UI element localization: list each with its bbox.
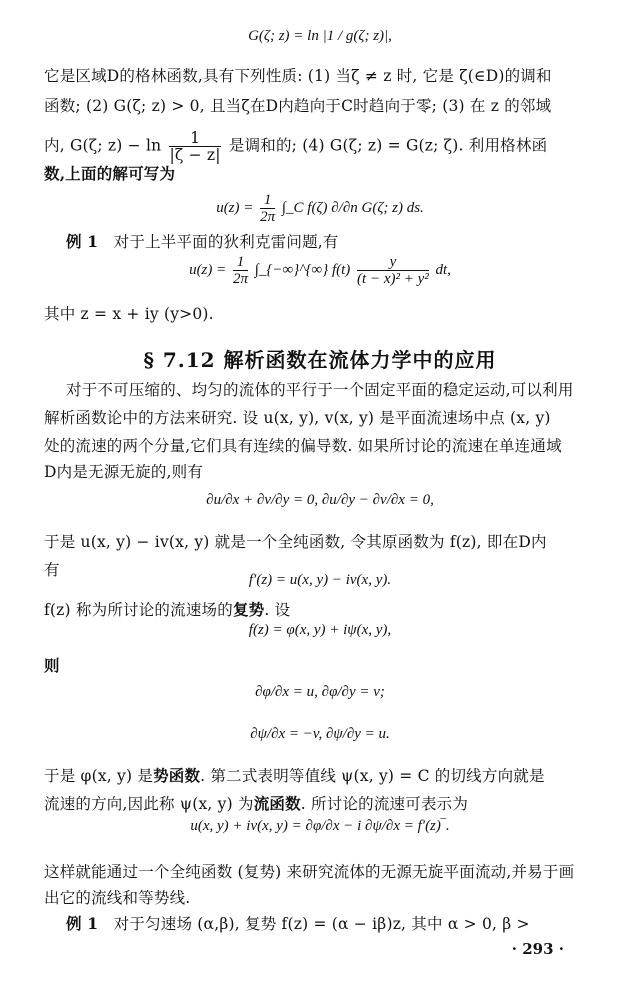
fraction-numerator: 1 [260,192,275,209]
term-stream-function: 流函数 [254,794,301,813]
paragraph-line: 则 [44,656,596,676]
paragraph-line: 它是区域D的格林函数,具有下列性质: (1) 当ζ ≠ z 时, 它是 ζ(∈D… [44,66,596,86]
paragraph-line: 出它的流线和等势线. [44,888,596,908]
fraction: 1 2π [260,192,275,225]
text-fragment: 是调和的; (4) G(ζ; z) = G(z; ζ). 利用格林函 [229,137,547,155]
text-fragment: 流速的方向,因此称 ψ(x, y) 为 [44,795,254,813]
fraction-denominator: (t − x)² + y² [357,271,429,287]
equation-velocity: u(x, y) + iv(x, y) = ∂φ/∂x − i ∂ψ/∂x = f… [0,818,640,835]
paragraph-line: f(z) 称为所讨论的流速场的复势. 设 [44,600,596,620]
paragraph-line: 这样就能通过一个全纯函数 (复势) 来研究流体的无源无旋平面流动,并易于画 [44,862,596,882]
paragraph-line: 函数; (2) G(ζ; z) > 0, 且当ζ在D内趋向于C时趋向于零; (3… [44,96,596,116]
equation-derivative: f′(z) = u(x, y) − iv(x, y). [0,572,640,589]
example-label: 例 1 [66,232,98,251]
text-fragment: . 所讨论的流速可表示为 [301,795,468,813]
fraction: 1 2π [233,254,248,287]
paragraph-line: 于是 u(x, y) − iv(x, y) 就是一个全纯函数, 令其原函数为 f… [44,532,596,552]
equation-complex-potential: f(z) = φ(x, y) + iψ(x, y), [0,622,640,639]
example-label: 例 1 [66,914,98,933]
text-fragment: f(z) 称为所讨论的流速场的 [44,601,233,619]
document-page: G(ζ; z) = ln |1 / g(ζ; z)|, 它是区域D的格林函数,具… [0,0,640,988]
page-number: · 293 · [512,940,564,958]
equation-continuity: ∂u/∂x + ∂v/∂y = 0, ∂u/∂y − ∂v/∂x = 0, [0,492,640,509]
equation-part: u(z) = [189,262,226,278]
paragraph-line: 流速的方向,因此称 ψ(x, y) 为流函数. 所讨论的流速可表示为 [44,794,596,814]
fraction-numerator: 1 [169,130,220,147]
fraction: 1 |ζ − z| [169,130,220,163]
term-complex-potential: 复势 [233,600,264,619]
equation-part: dt, [436,262,451,278]
section-title: § 7.12 解析函数在流体力学中的应用 [0,344,640,373]
example-line: 例 1 对于上半平面的狄利克雷问题,有 [66,232,596,252]
text-fragment: 内, G(ζ; z) − ln [44,137,161,155]
fraction-denominator: 2π [233,271,248,287]
equation-psi-derivatives: ∂ψ/∂x = −v, ∂ψ/∂y = u. [0,726,640,743]
equation-solution: u(z) = 1 2π ∫_C f(ζ) ∂/∂n G(ζ; z) ds. [0,192,640,225]
fraction-numerator: 1 [233,254,248,271]
example-text: 对于上半平面的狄利克雷问题,有 [114,233,339,251]
text-fragment: 于是 φ(x, y) 是 [44,767,153,785]
term-potential-function: 势函数 [153,766,200,785]
paragraph-line: 其中 z = x + iy (y>0). [44,304,596,324]
paragraph-line: 内, G(ζ; z) − ln 1 |ζ − z| 是调和的; (4) G(ζ;… [44,130,596,163]
equation-part: ∫_{−∞}^{∞} f(t) [255,262,351,278]
fraction: y (t − x)² + y² [357,254,429,287]
equation-part: ∫_C f(ζ) ∂/∂n G(ζ; z) ds. [282,200,424,216]
fraction-numerator: y [357,254,429,271]
paragraph-line: 处的流速的两个分量,它们具有连续的偏导数. 如果所讨论的流速在单连通域 [44,436,596,456]
paragraph-line: 解析函数论中的方法来研究. 设 u(x, y), v(x, y) 是平面流速场中… [44,408,596,428]
paragraph-line: 对于不可压缩的、均匀的流体的平行于一个固定平面的稳定运动,可以利用 [66,380,596,400]
paragraph-line: D内是无源无旋的,则有 [44,462,596,482]
fraction-denominator: 2π [260,209,275,225]
equation-dirichlet: u(z) = 1 2π ∫_{−∞}^{∞} f(t) y (t − x)² +… [0,254,640,287]
example-text: 对于匀速场 (α,β), 复势 f(z) = (α − iβ)z, 其中 α >… [114,915,530,933]
paragraph-line: 数,上面的解可写为 [44,164,596,184]
equation-green-function: G(ζ; z) = ln |1 / g(ζ; z)|, [0,28,640,45]
equation-part: u(z) = [216,200,253,216]
paragraph-line: 于是 φ(x, y) 是势函数. 第二式表明等值线 ψ(x, y) = C 的切… [44,766,596,786]
text-fragment: . 设 [264,601,290,619]
fraction-denominator: |ζ − z| [169,147,220,163]
example-line: 例 1 对于匀速场 (α,β), 复势 f(z) = (α − iβ)z, 其中… [66,914,596,934]
equation-phi-derivatives: ∂φ/∂x = u, ∂φ/∂y = v; [0,684,640,701]
text-fragment: . 第二式表明等值线 ψ(x, y) = C 的切线方向就是 [200,767,545,785]
